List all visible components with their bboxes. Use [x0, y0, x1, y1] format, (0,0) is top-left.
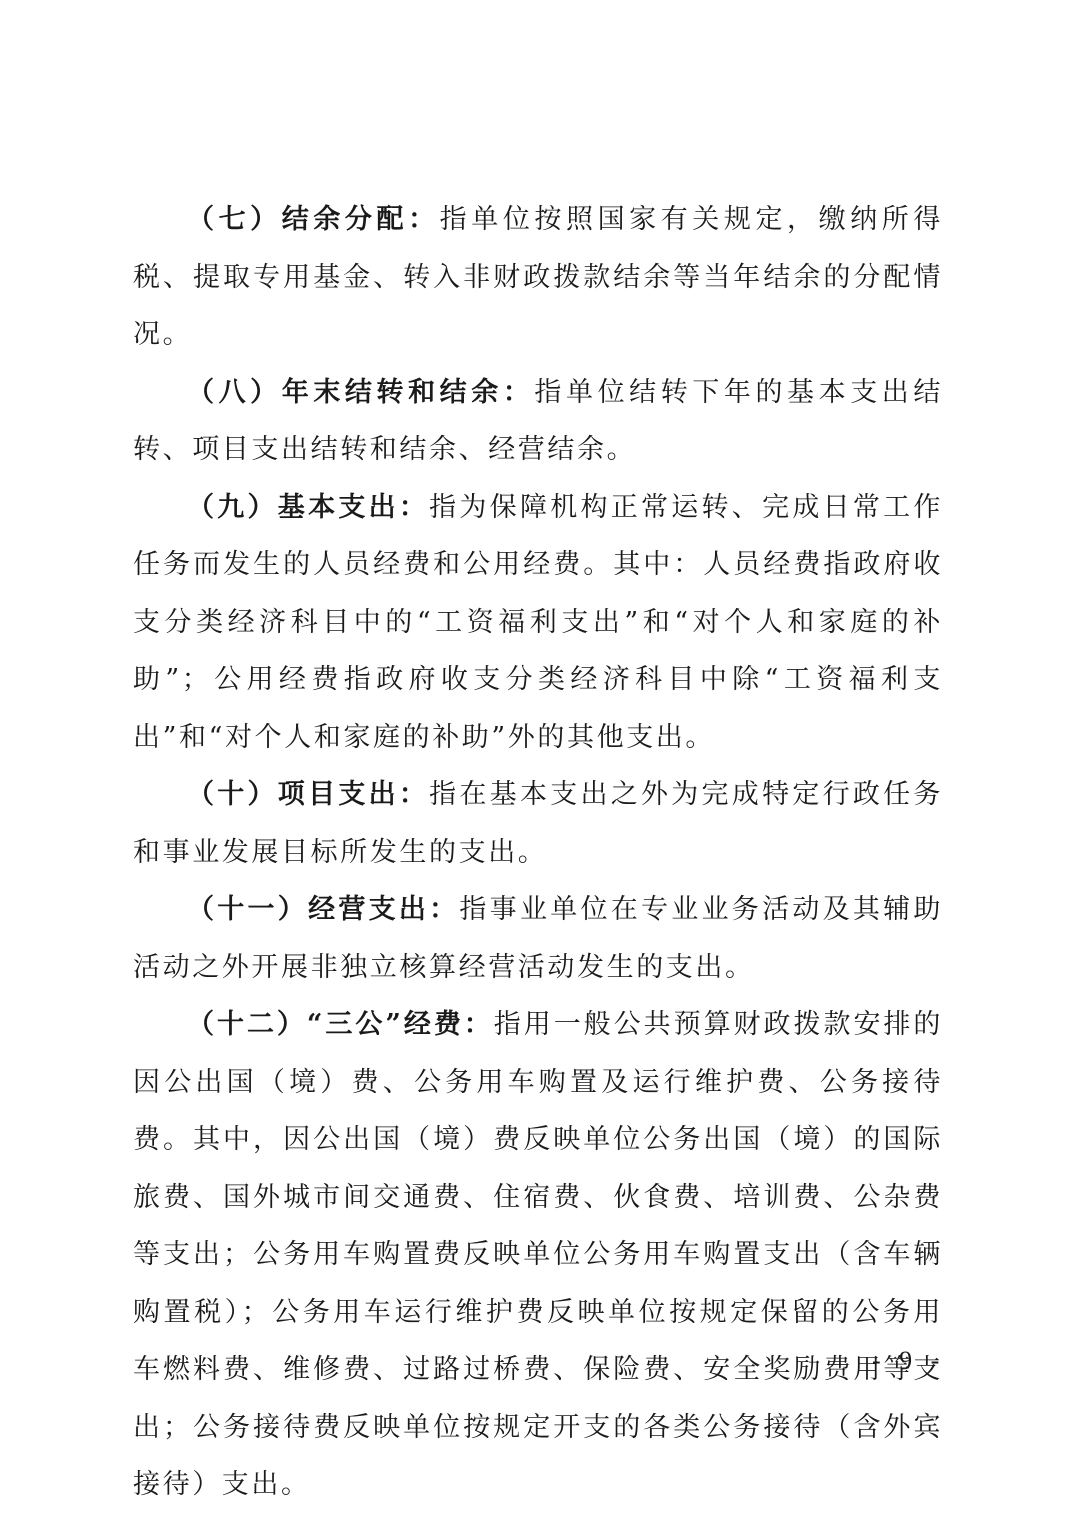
page-number: - 9 -	[872, 1346, 945, 1376]
paragraph-heading: （十一）经营支出：	[187, 894, 459, 925]
paragraph-heading: （七）结余分配：	[187, 204, 440, 235]
paragraph-heading: （十）项目支出：	[187, 779, 429, 810]
paragraph-year-end-carryover: （八）年末结转和结余：指单位结转下年的基本支出结转、项目支出结转和结余、经营结余…	[133, 364, 943, 479]
paragraph-basic-expenditure: （九）基本支出：指为保障机构正常运转、完成日常工作任务而发生的人员经费和公用经费…	[133, 479, 943, 767]
paragraph-text: 指为保障机构正常运转、完成日常工作任务而发生的人员经费和公用经费。其中：人员经费…	[133, 492, 943, 753]
paragraph-text: 指用一般公共预算财政拨款安排的因公出国（境）费、公务用车购置及运行维护费、公务接…	[133, 1009, 943, 1500]
document-body: （七）结余分配：指单位按照国家有关规定，缴纳所得税、提取专用基金、转入非财政拨款…	[133, 191, 943, 1514]
paragraph-operating-expenditure: （十一）经营支出：指事业单位在专业业务活动及其辅助活动之外开展非独立核算经营活动…	[133, 881, 943, 996]
paragraph-three-public-expenses: （十二）“三公”经费：指用一般公共预算财政拨款安排的因公出国（境）费、公务用车购…	[133, 996, 943, 1514]
paragraph-surplus-distribution: （七）结余分配：指单位按照国家有关规定，缴纳所得税、提取专用基金、转入非财政拨款…	[133, 191, 943, 364]
paragraph-heading: （八）年末结转和结余：	[187, 377, 534, 408]
paragraph-project-expenditure: （十）项目支出：指在基本支出之外为完成特定行政任务和事业发展目标所发生的支出。	[133, 766, 943, 881]
paragraph-heading: （九）基本支出：	[187, 492, 429, 523]
paragraph-heading: （十二）“三公”经费：	[187, 1009, 494, 1040]
